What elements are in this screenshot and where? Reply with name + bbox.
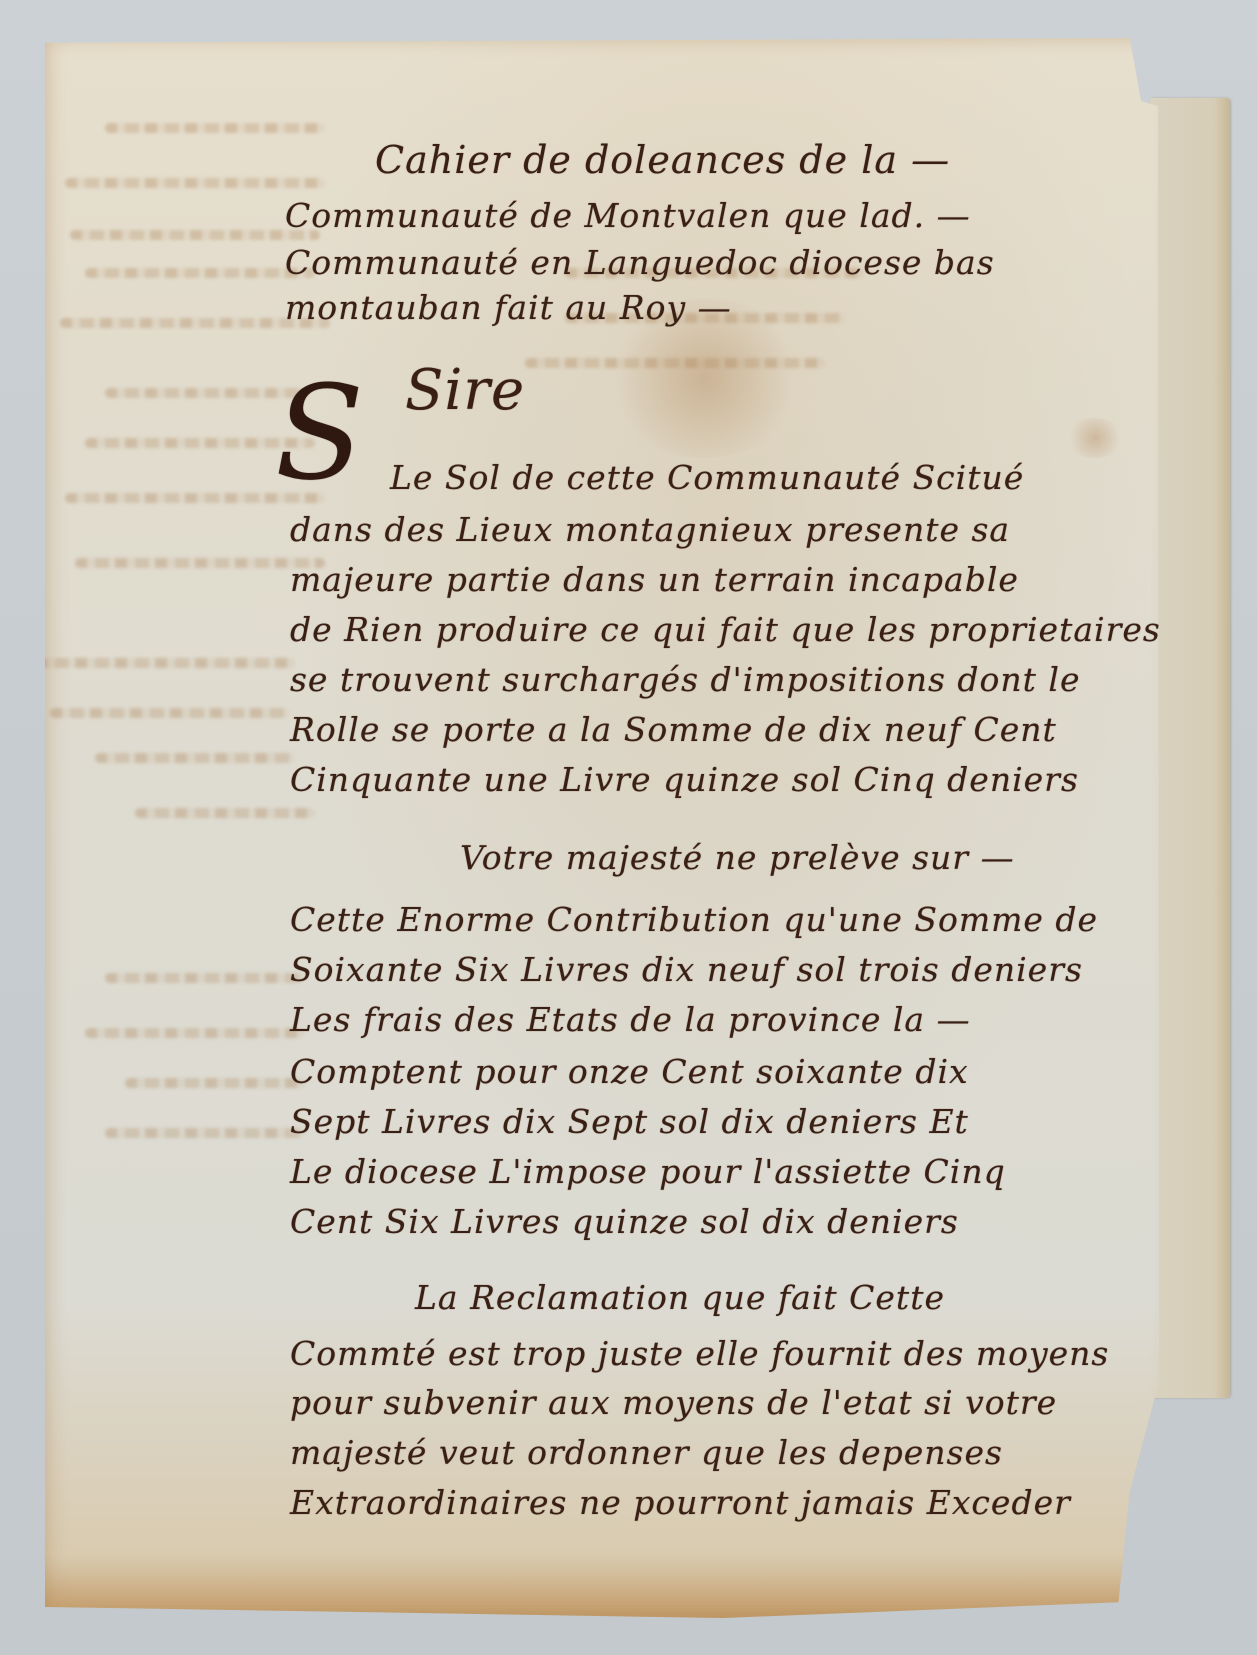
- title-line-1: Cahier de doleances de la —: [375, 138, 950, 182]
- paragraph-2-line-4: Les frais des Etats de la province la —: [290, 1000, 971, 1039]
- title-line-2: Communauté de Montvalen que lad. —: [285, 196, 971, 235]
- paragraph-3-line-3: pour subvenir aux moyens de l'etat si vo…: [290, 1383, 1057, 1422]
- paragraph-3-line-5: Extraordinaires ne pourront jamais Exced…: [290, 1483, 1071, 1522]
- salutation: Sire: [405, 358, 525, 423]
- bleed-through-mark: [105, 123, 325, 133]
- paragraph-2-line-1: Votre majesté ne prelève sur —: [460, 838, 1015, 877]
- paragraph-1-line-4: de Rien produire ce qui fait que les pro…: [290, 610, 1161, 649]
- manuscript-page: Cahier de doleances de la — Communauté d…: [45, 38, 1175, 1618]
- paragraph-1-line-2: dans des Lieux montagnieux presente sa: [290, 510, 1010, 549]
- title-line-4: montauban fait au Roy —: [285, 288, 732, 327]
- drop-cap-flourish: S: [275, 368, 364, 498]
- paragraph-3-line-1: La Reclamation que fait Cette: [415, 1278, 945, 1317]
- bleed-through-mark: [125, 1078, 305, 1088]
- title-line-3: Communauté en Languedoc diocese bas: [285, 243, 995, 282]
- bleed-through-mark: [85, 268, 315, 278]
- paragraph-2-line-2: Cette Enorme Contribution qu'une Somme d…: [290, 900, 1098, 939]
- paragraph-2-line-3: Soixante Six Livres dix neuf sol trois d…: [290, 950, 1083, 989]
- paragraph-1-line-6: Rolle se porte a la Somme de dix neuf Ce…: [290, 710, 1057, 749]
- bleed-through-mark: [135, 808, 315, 818]
- paragraph-3-line-4: majesté veut ordonner que les depenses: [290, 1433, 1003, 1472]
- bleed-through-mark: [65, 178, 325, 188]
- paragraph-1-line-7: Cinquante une Livre quinze sol Cinq deni…: [290, 760, 1079, 799]
- paragraph-2-line-5: Comptent pour onze Cent soixante dix: [290, 1052, 969, 1091]
- bleed-through-mark: [50, 708, 290, 718]
- paragraph-1-line-3: majeure partie dans un terrain incapable: [290, 560, 1019, 599]
- bleed-through-mark: [35, 658, 295, 668]
- paragraph-2-line-8: Cent Six Livres quinze sol dix deniers: [290, 1202, 959, 1241]
- paragraph-1-line-5: se trouvent surchargés d'impositions don…: [290, 660, 1080, 699]
- bleed-through-mark: [105, 973, 305, 983]
- bleed-through-mark: [95, 753, 295, 763]
- foxing-stain: [1065, 418, 1125, 458]
- paragraph-2-line-6: Sept Livres dix Sept sol dix deniers Et: [290, 1102, 969, 1141]
- bleed-through-mark: [85, 1028, 305, 1038]
- underlying-sheet-edge: [1150, 98, 1230, 1398]
- bleed-through-mark: [105, 1128, 305, 1138]
- bleed-through-mark: [75, 558, 325, 568]
- paragraph-3-line-2: Commté est trop juste elle fournit des m…: [290, 1334, 1109, 1373]
- bleed-through-mark: [70, 230, 320, 240]
- paragraph-2-line-7: Le diocese L'impose pour l'assiette Cinq: [290, 1152, 1006, 1191]
- paragraph-1-line-1: Le Sol de cette Communauté Scitué: [390, 458, 1024, 497]
